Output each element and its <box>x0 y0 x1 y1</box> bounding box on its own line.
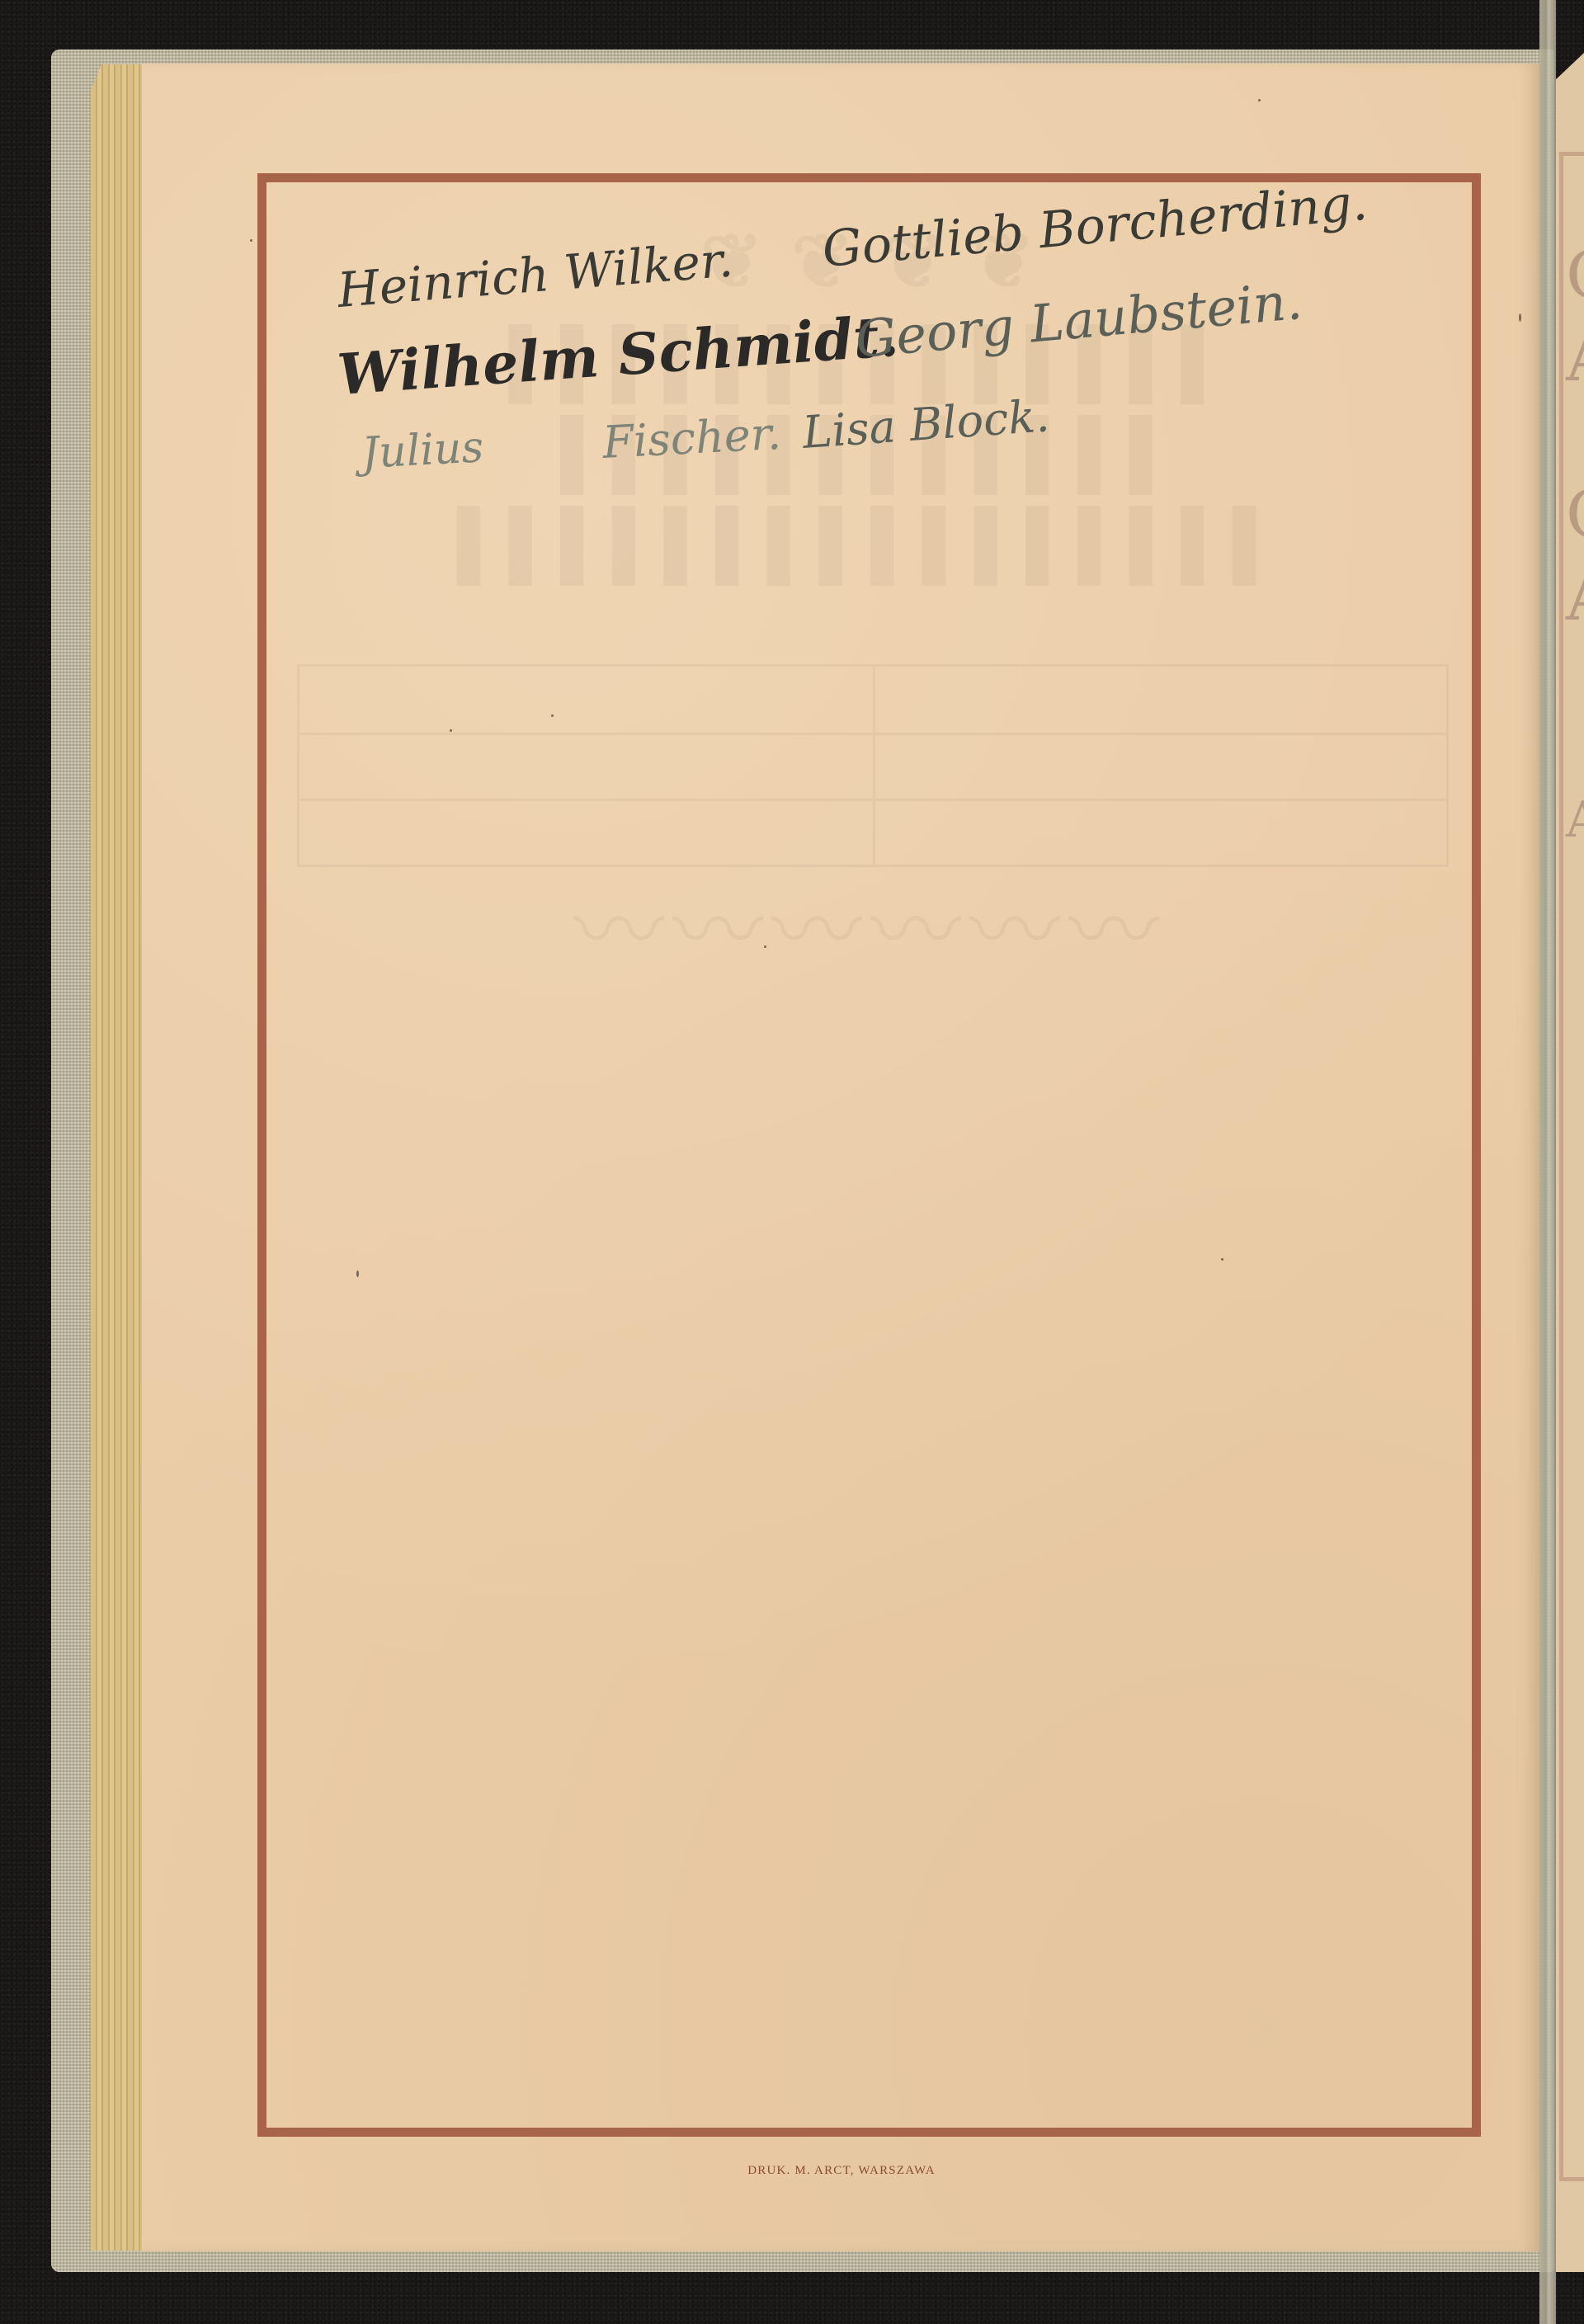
paper-speck <box>1258 99 1261 101</box>
book-gutter <box>1539 0 1556 2324</box>
adjacent-page-ornament: A <box>1566 564 1584 630</box>
paper-speck <box>250 239 252 242</box>
paper-speck <box>551 714 554 717</box>
adjacent-page-edge: C A C A A <box>1556 53 1584 2272</box>
paper-speck <box>1221 1258 1223 1261</box>
adjacent-page-ornament: A <box>1566 795 1584 845</box>
adjacent-page-frame <box>1559 152 1584 2181</box>
page-fore-edge-stack <box>91 64 144 2251</box>
handwritten-name: Julius <box>361 422 485 478</box>
paper-speck <box>764 945 766 948</box>
adjacent-page-ornament: C <box>1566 482 1584 548</box>
paper-speck <box>450 729 452 732</box>
paper-speck <box>1519 313 1521 322</box>
adjacent-page-ornament: C <box>1566 243 1584 309</box>
printer-imprint: DRUK. M. ARCT, WARSZAWA <box>142 2164 1541 2178</box>
paper-speck <box>356 1270 359 1277</box>
handwritten-name: Fischer. <box>601 408 782 469</box>
adjacent-page-ornament: A <box>1566 325 1584 391</box>
